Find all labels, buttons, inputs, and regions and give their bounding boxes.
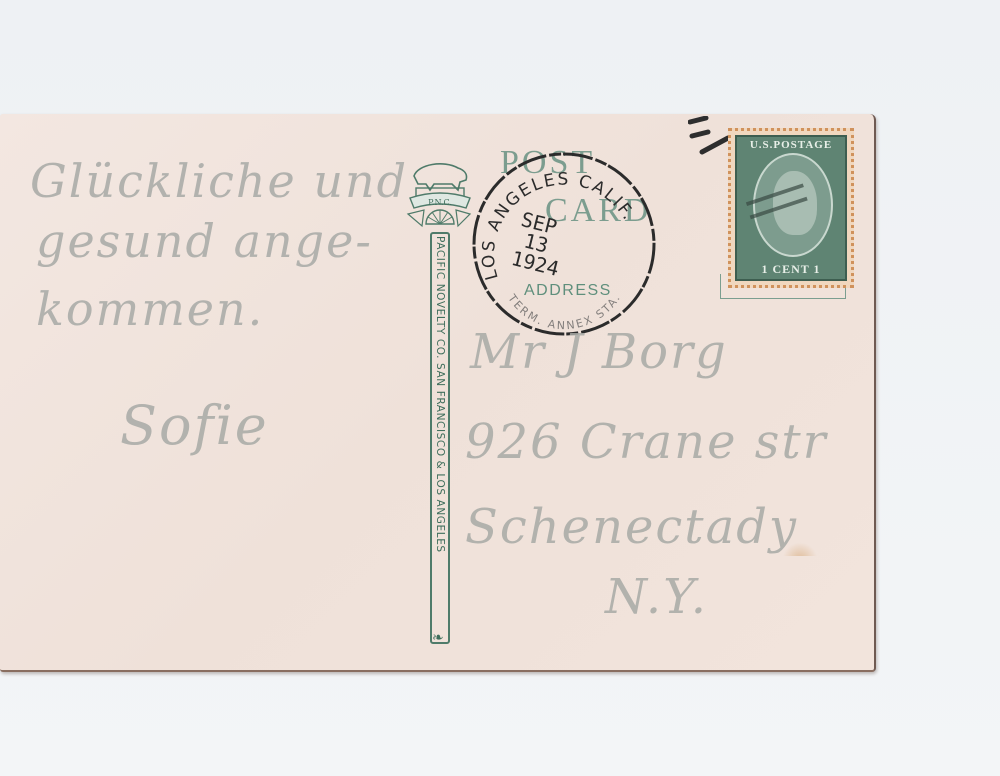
- signature: Sofie: [120, 394, 269, 457]
- stamp-value: 1 CENT 1: [737, 262, 845, 277]
- postcard-back: Glückliche und gesund ange- kommen. Sofi…: [0, 114, 876, 672]
- ornament-icon: ❧: [432, 629, 444, 646]
- recipient-state: N.Y.: [605, 569, 708, 625]
- recipient-name: Mr J Borg: [470, 324, 728, 380]
- publisher-text: PACIFIC NOVELTY CO. SAN FRANCISCO & LOS …: [432, 236, 446, 636]
- postage-stamp: U.S.POSTAGE 1 CENT 1: [728, 128, 854, 288]
- message-line-1: Glückliche und: [30, 154, 408, 208]
- message-line-3: kommen.: [36, 282, 264, 336]
- bear-logo-icon: P.N.C.: [404, 154, 474, 234]
- svg-text:P.N.C.: P.N.C.: [428, 198, 452, 207]
- recipient-street: 926 Crane str: [465, 414, 828, 470]
- stamp-cancel-icon: [737, 137, 845, 279]
- message-line-2: gesund ange-: [36, 214, 373, 268]
- recipient-city: Schenectady: [465, 499, 798, 555]
